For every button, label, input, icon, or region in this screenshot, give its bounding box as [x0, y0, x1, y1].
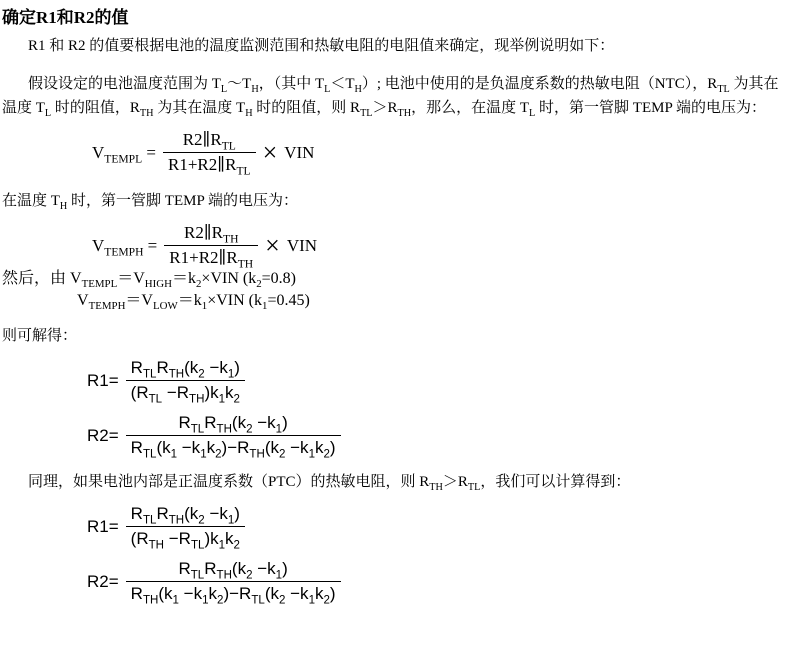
fraction: RTLRTH(k2 −k1) (RTH −RTL)k1k2	[126, 504, 245, 549]
fraction-denominator: RTH(k1 −k1k2)−RTL(k2 −k1k2)	[126, 582, 341, 604]
ptc-paragraph: 同理，如果电池内部是正温度系数（PTC）的热敏电阻，则 RTH＞RTL，我们可以…	[2, 470, 789, 494]
fraction: RTLRTH(k2 −k1) (RTL −RTH)k1k2	[126, 358, 245, 403]
temp-th-line: 在温度 TH 时，第一管脚 TEMP 端的电压为：	[2, 189, 789, 213]
formula-lhs: R2=	[87, 572, 119, 592]
solve-line: 则可解得：	[2, 324, 789, 348]
fraction-numerator: RTLRTH(k2 −k1)	[126, 504, 245, 527]
multiply-sign: ×	[265, 233, 280, 259]
assumption-paragraph: 假设设定的电池温度范围为 TL～TH，（其中 TL＜TH）; 电池中使用的是负温…	[2, 72, 789, 120]
fraction-denominator: (RTH −RTL)k1k2	[126, 527, 245, 549]
fraction: RTLRTH(k2 −k1) RTL(k1 −k1k2)−RTH(k2 −k1k…	[126, 413, 341, 458]
fraction-numerator: RTLRTH(k2 −k1)	[126, 559, 341, 582]
fraction: R2∥RTL R1+R2∥RTL	[163, 130, 256, 175]
formula-vtempl: VTEMPL = R2∥RTL R1+R2∥RTL × VIN	[92, 130, 789, 175]
fraction-numerator: RTLRTH(k2 −k1)	[126, 413, 341, 436]
formula-rhs: VIN	[287, 236, 317, 256]
fraction-numerator: R2∥RTH	[164, 223, 258, 246]
fraction-denominator: R1+R2∥RTH	[164, 246, 258, 268]
intro-paragraph: R1 和 R2 的值要根据电池的温度监测范围和热敏电阻的电阻值来确定，现举例说明…	[2, 34, 789, 58]
formula-lhs: R1=	[87, 517, 119, 537]
fraction: RTLRTH(k2 −k1) RTH(k1 −k1k2)−RTL(k2 −k1k…	[126, 559, 341, 604]
formula-vtemph: VTEMPH = R2∥RTH R1+R2∥RTH × VIN	[92, 223, 789, 268]
formula-ptc-r2: R2= RTLRTH(k2 −k1) RTH(k1 −k1k2)−RTL(k2 …	[87, 559, 789, 604]
fraction-denominator: R1+R2∥RTL	[163, 153, 256, 175]
derivation-line-1: 然后，由 VTEMPL＝VHIGH＝k2×VIN (k2=0.8)	[2, 268, 789, 290]
formula-ntc-r1: R1= RTLRTH(k2 −k1) (RTL −RTH)k1k2	[87, 358, 789, 403]
document-page: 确定R1和R2的值 R1 和 R2 的值要根据电池的温度监测范围和热敏电阻的电阻…	[0, 0, 793, 670]
formula-lhs: R2=	[87, 426, 119, 446]
fraction-denominator: RTL(k1 −k1k2)−RTH(k2 −k1k2)	[126, 436, 341, 458]
formula-ptc-r1: R1= RTLRTH(k2 −k1) (RTH −RTL)k1k2	[87, 504, 789, 549]
derivation-line-2: VTEMPH＝VLOW＝k1×VIN (k1=0.45)	[77, 290, 789, 312]
formula-rhs: VIN	[284, 143, 314, 163]
fraction-numerator: R2∥RTL	[163, 130, 256, 153]
page-title: 确定R1和R2的值	[2, 3, 789, 28]
formula-ntc-r2: R2= RTLRTH(k2 −k1) RTL(k1 −k1k2)−RTH(k2 …	[87, 413, 789, 458]
fraction-numerator: RTLRTH(k2 −k1)	[126, 358, 245, 381]
formula-lhs: VTEMPH =	[92, 236, 157, 256]
fraction: R2∥RTH R1+R2∥RTH	[164, 223, 258, 268]
multiply-sign: ×	[263, 140, 278, 166]
formula-lhs: R1=	[87, 371, 119, 391]
fraction-denominator: (RTL −RTH)k1k2	[126, 381, 245, 403]
formula-lhs: VTEMPL =	[92, 143, 156, 163]
